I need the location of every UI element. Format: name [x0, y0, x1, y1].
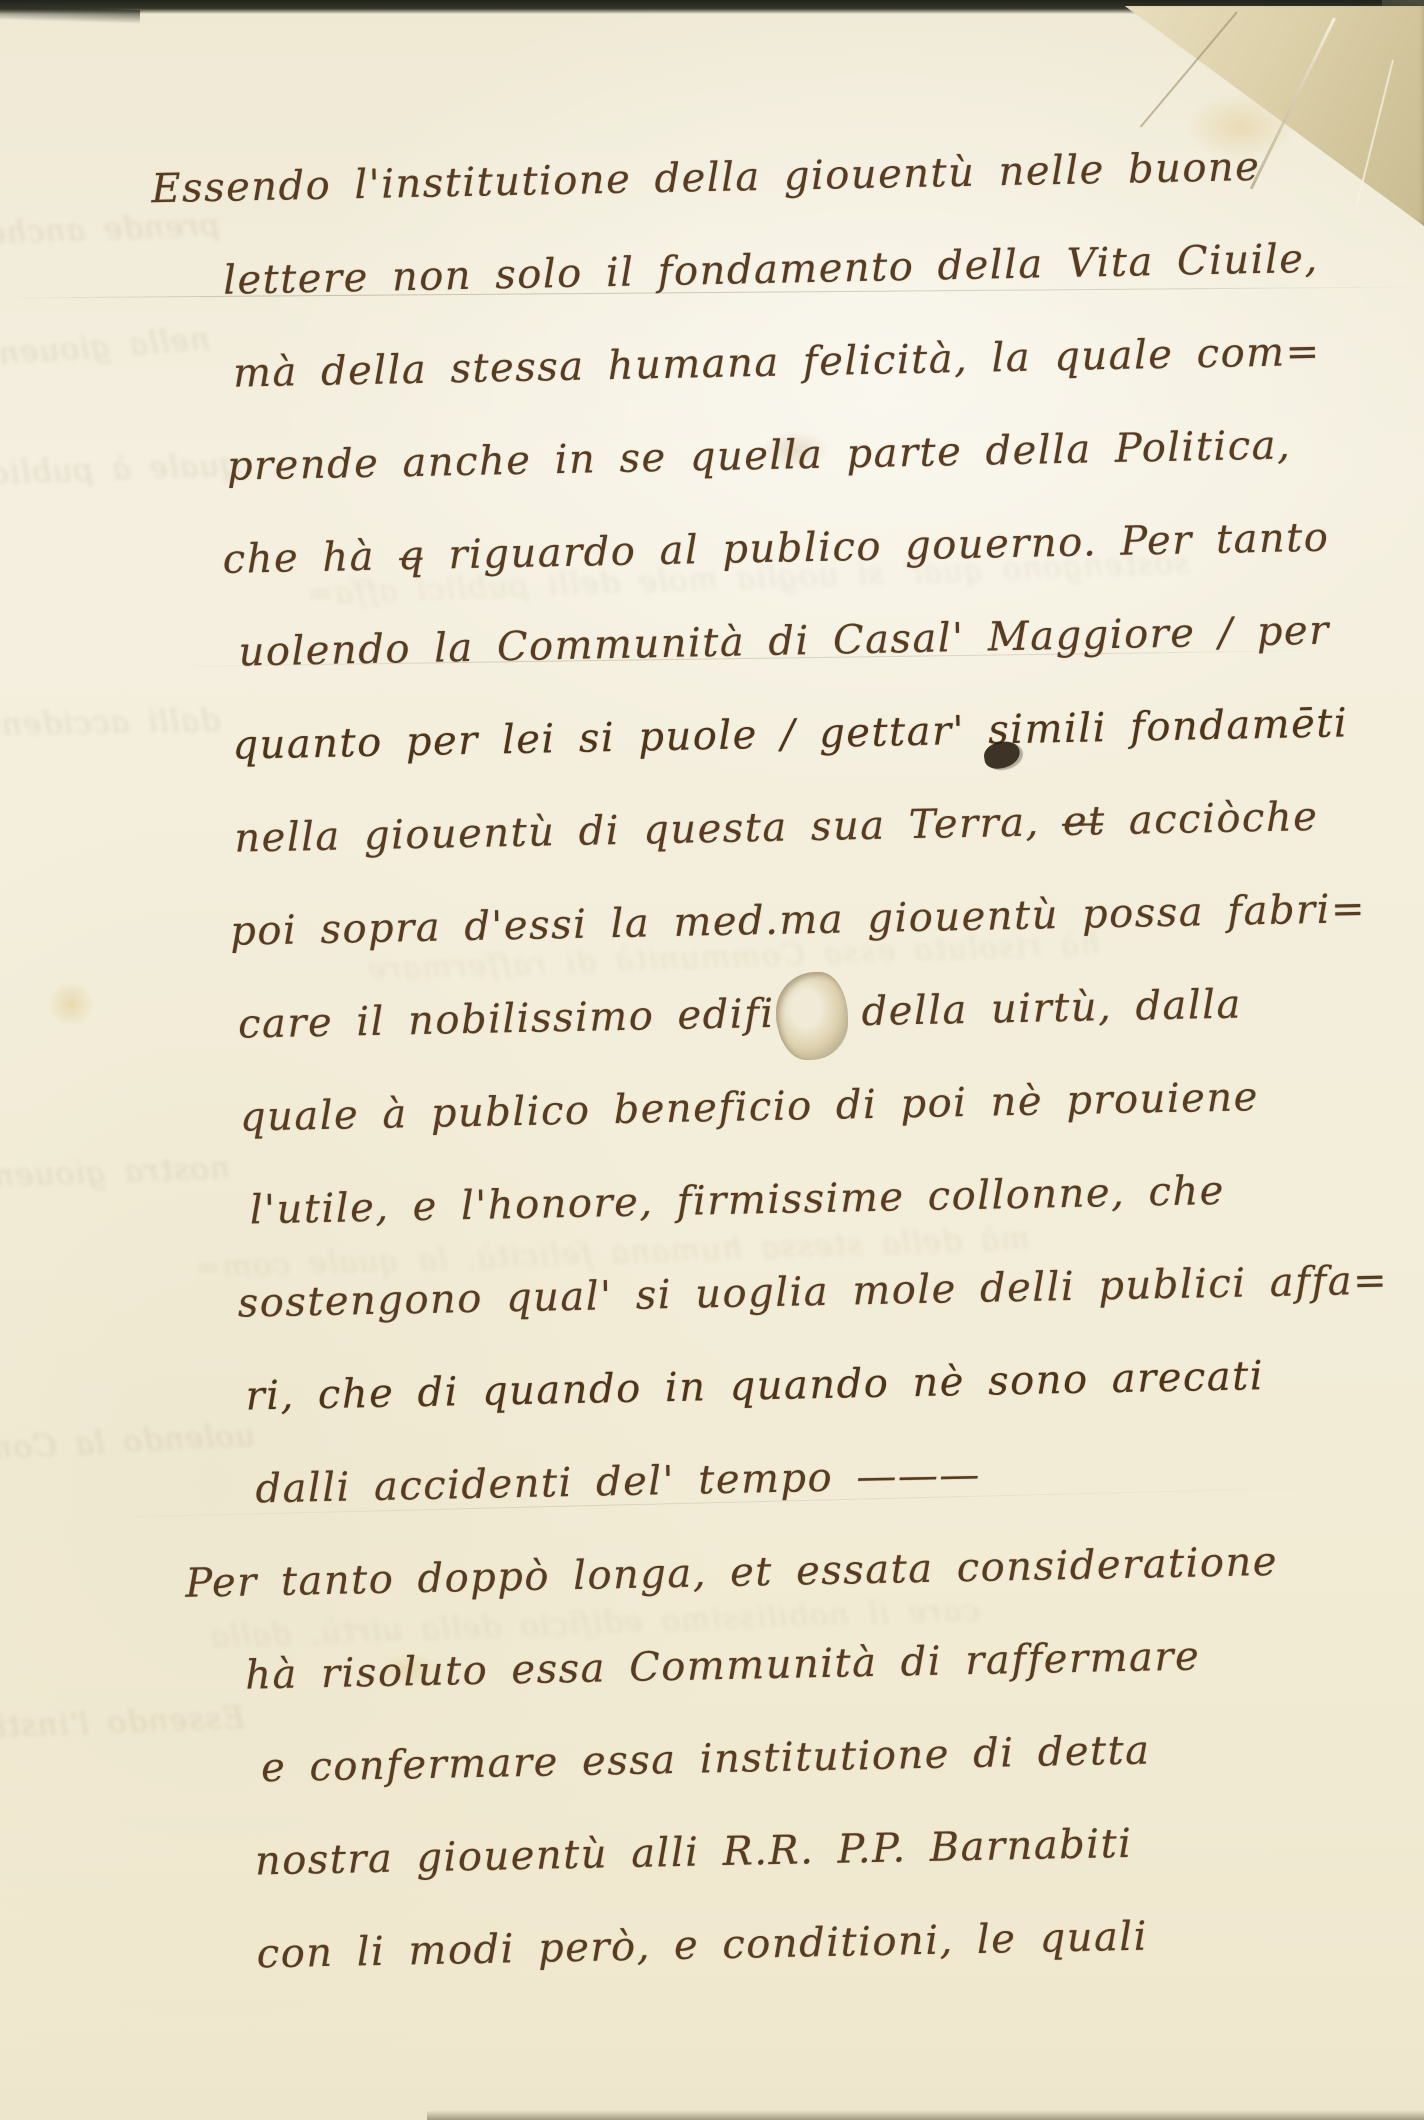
- manuscript-page: prende anche in se quella parte della Po…: [0, 0, 1424, 2120]
- page-top-edge: [0, 6, 140, 24]
- manuscript-text: Essendo l'institutione della giouentù ne…: [0, 94, 1424, 1982]
- page-bottom-edge: [427, 2110, 1424, 2120]
- paper-hole: [776, 972, 848, 1060]
